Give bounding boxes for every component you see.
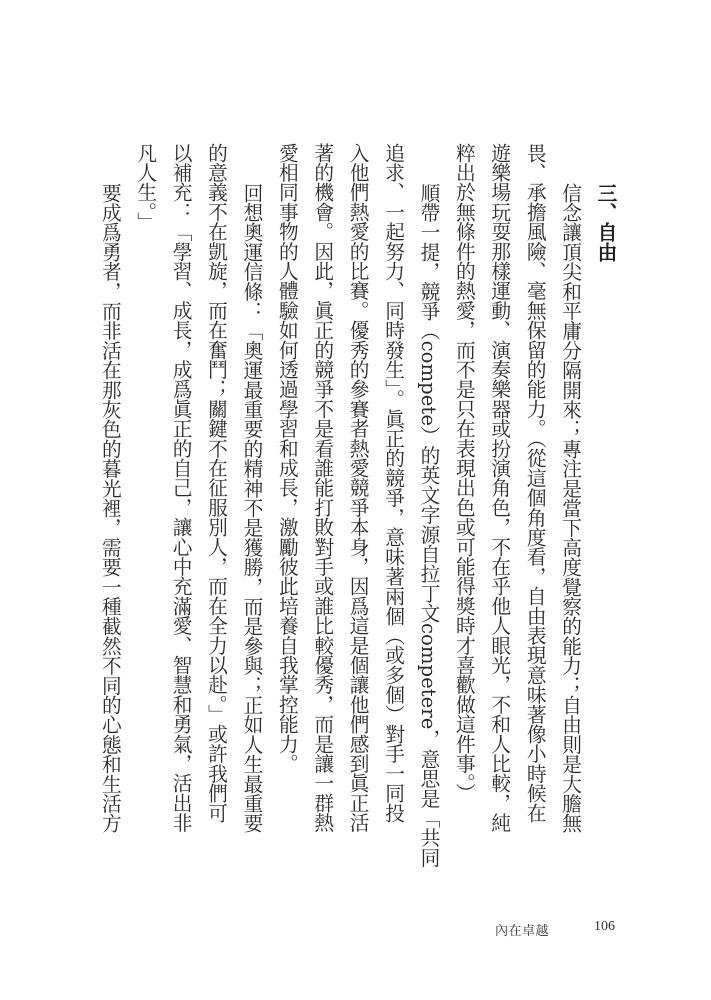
text-column: 著的機會。因此，眞正的競爭不是看誰能打敗對手或誰比較優秀，而是讓一群熱 [304, 143, 339, 819]
text-column: 信念讓頂尖和平庸分隔開來；專注是當下高度覺察的能力；自由則是大膽無 [552, 143, 587, 819]
text-column: 粹出於無條件的熱愛，而不是只在表現出色或可能得獎時才喜歡做這件事。） [446, 143, 481, 819]
text-column: 愛相同事物的人體驗如何透過學習和成長，激勵彼此培養自我掌控能力。 [269, 143, 304, 819]
text-column: 以補充：「學習、成長，成爲眞正的自己，讓心中充滿愛、智慧和勇氣，活出非 [163, 143, 198, 819]
text-column: 畏、承擔風險、毫無保留的能力。（從這個角度看，自由表現意味著像小時候在 [517, 143, 552, 819]
book-page: 三、自由 信念讓頂尖和平庸分隔開來；專注是當下高度覺察的能力；自由則是大膽無 畏… [0, 0, 711, 1000]
vertical-text-block: 三、自由 信念讓頂尖和平庸分隔開來；專注是當下高度覺察的能力；自由則是大膽無 畏… [91, 143, 623, 819]
page-number: 106 [594, 919, 615, 935]
text-column: 回想奧運信條：「奧運最重要的精神不是獲勝，而是參與；正如人生最重要 [234, 143, 269, 819]
running-footer-book-title: 內在卓越 [495, 920, 549, 939]
text-column: 順帶一提，競爭（compete）的英文字源自拉丁文competere，意思是「共… [411, 143, 446, 819]
text-column: 的意義不在凱旋，而在奮鬥；關鍵不在征服別人，而在全力以赴。」或許我們可 [198, 143, 233, 819]
text-column: 追求、一起努力、同時發生」。眞正的競爭，意味著兩個（或多個）對手一同投 [375, 143, 410, 819]
section-heading: 三、自由 [588, 143, 623, 819]
text-column: 入他們熱愛的比賽。優秀的參賽者熱愛競爭本身，因爲這是個讓他們感到眞正活 [340, 143, 375, 819]
text-column: 遊樂場玩耍那樣運動、演奏樂器或扮演角色，不在乎他人眼光，不和人比較，純 [481, 143, 516, 819]
text-column: 要成爲勇者，而非活在那灰色的暮光裡，需要一種截然不同的心態和生活方 [92, 143, 127, 819]
text-column: 凡人生。」 [127, 143, 162, 819]
